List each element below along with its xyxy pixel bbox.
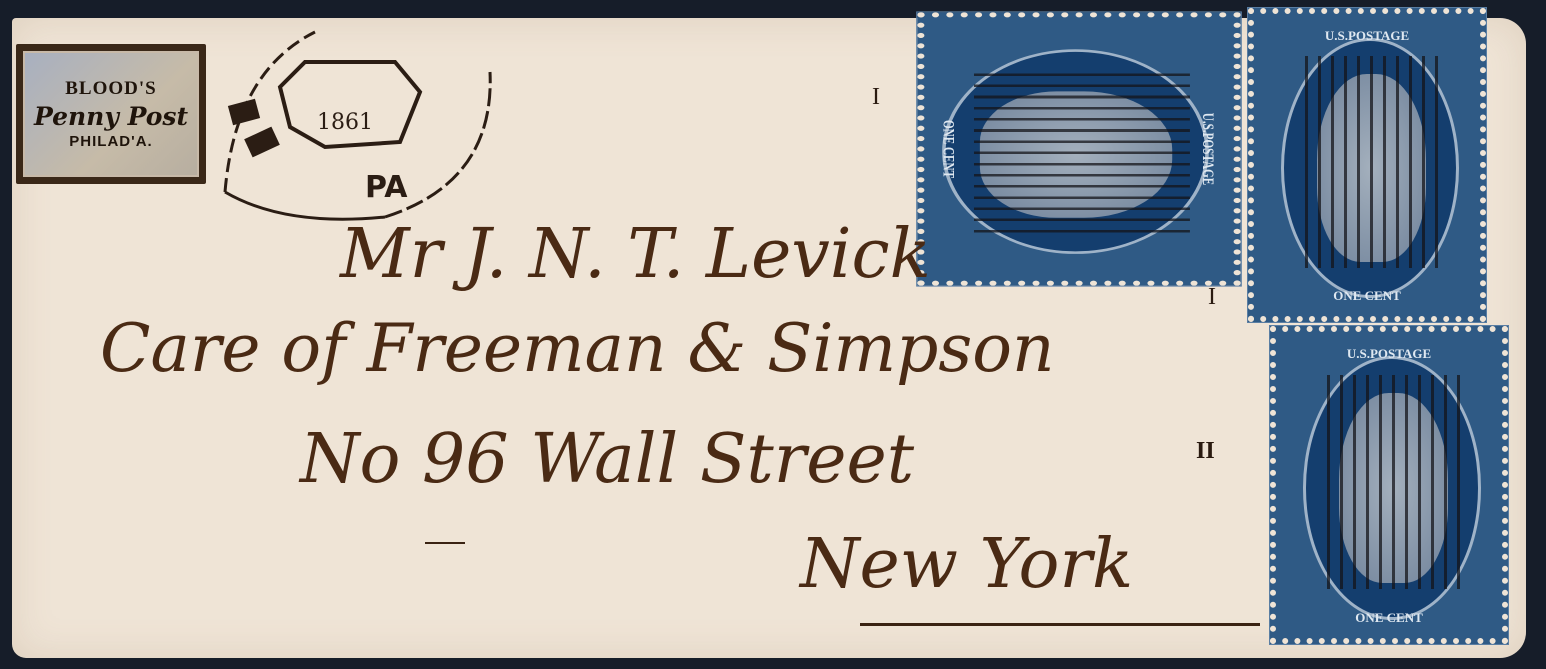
- address-line2: Care of Freeman & Simpson: [100, 310, 1054, 387]
- label-line2: Penny Post: [34, 102, 188, 131]
- address-line3: No 96 Wall Street: [300, 420, 914, 499]
- address-line4: New York: [800, 525, 1133, 604]
- stamp-2: U.S.POSTAGE ONE CENT: [1248, 8, 1486, 322]
- type-mark-2: I: [1208, 284, 1216, 311]
- type-mark-3: II: [1196, 438, 1215, 465]
- postmark-year: 1861: [317, 110, 373, 135]
- address-line1: Mr J. N. T. Levick: [340, 215, 931, 294]
- type-mark-1: I: [872, 84, 880, 111]
- address-dash: [425, 542, 465, 544]
- postmark-state: PA: [365, 170, 408, 205]
- stamp-3: U.S.POSTAGE ONE CENT: [1270, 326, 1508, 644]
- postmark: 1861 PA: [205, 12, 505, 227]
- address-underline: [860, 623, 1260, 626]
- stamp-1: U.S.POSTAGE ONE CENT: [917, 12, 1240, 285]
- label-line1: BLOOD'S: [65, 78, 156, 100]
- label-line3: PHILAD'A.: [69, 133, 152, 150]
- bloods-penny-post-label: BLOOD'S Penny Post PHILAD'A.: [16, 44, 206, 184]
